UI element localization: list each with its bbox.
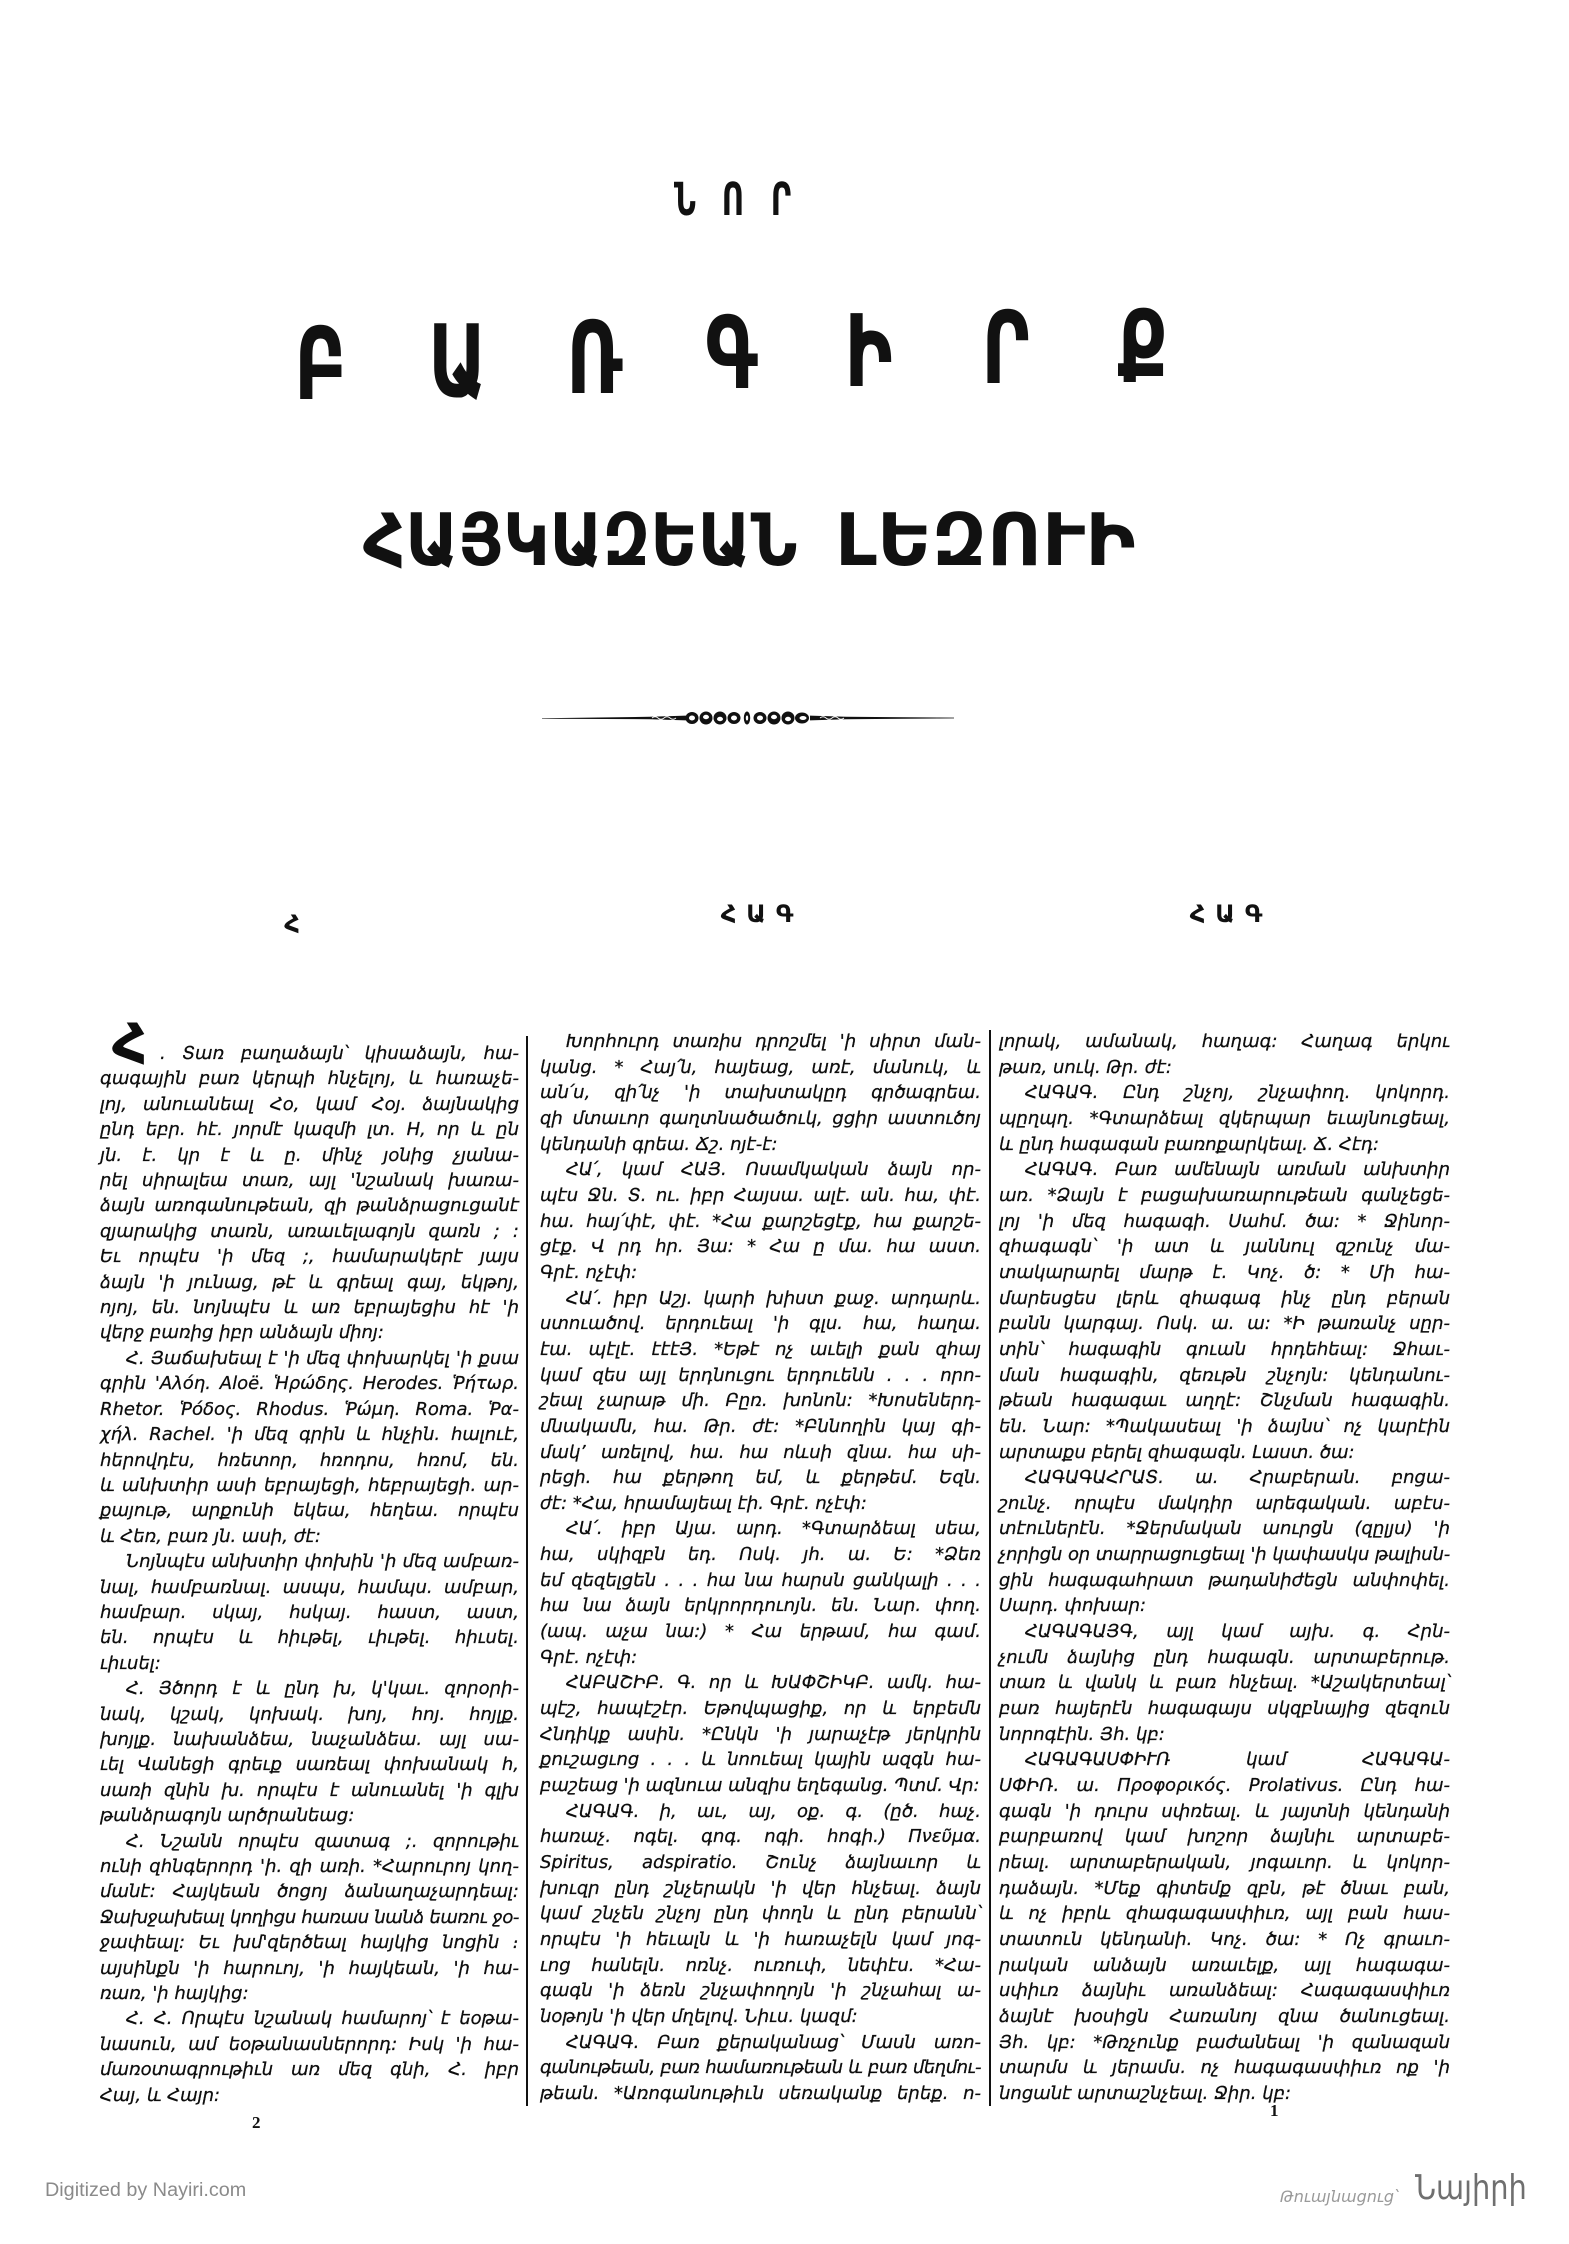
text-line: գագն 'ի դուրս սփռեալ. և յայտնի կենդանի [999,1799,1450,1825]
text-line: սառի զնին խ. որպէս է անուանել 'ի գլխ [100,1778,519,1803]
text-line: բաշեաց 'ի ազնուա անզիս եղեգանց. Պտմ. Վր: [540,1773,981,1799]
dictionary-column-middle: Խորհուրդ տառիս դրոշմել 'ի սիրտ ման- կանց… [540,1029,981,2107]
text-line: քայութ, արքունի եկեա, հեղեա. որպէս [100,1498,519,1523]
title-letter: Գ [682,304,781,404]
text-line: ՀԱ՛, կամ ՀԱՅ. Ոսամկական ձայն որ- [540,1157,981,1183]
dictionary-entry: ՀԱԳԱԳ. Ընդ շնչոյ, շնչափող. կոկորդ. պըղպղ… [999,1080,1450,1157]
text-line: Հ. Հ. Որպէս նշանակ համարոյ՝ է եօթա- [100,2006,519,2031]
text-line: ւոց հանելն. ոռնչ. ուռուփ, նեփէս. *Հա- [540,1953,981,1979]
text-line: մանէ: Հայկեան ծոցոյ ձանաղաչարդեալ: [100,1879,519,1904]
text-line: Հ. Յծորդ է և ընդ խ, կ'կաւ. զորօրի- [100,1676,519,1701]
text-line: չորիցն օր տարրացուցեալ 'ի կափասկս թալիսն… [999,1542,1450,1568]
dictionary-entry: ՀԱ՛. իբր Այա. արդ. *Գտարձեալ սեա, հա, սկ… [540,1516,981,1670]
text-line: ՀԱԳԱԳ. Ընդ շնչոյ, շնչափող. կոկորդ. [999,1080,1450,1106]
text-line: յն. է. կր է և ը. մինչ յօնից չյանա- [100,1143,519,1168]
title-letter: Ի [819,302,918,402]
dictionary-entry: Հ. Հ. Որպէս նշանակ համարոյ՝ է եօթա- նասո… [100,2006,519,2108]
footer-nayiri-logo: Նայիրի [1415,2171,1527,2205]
text-line: հա նա ձայն երկրորդուոյն. են. Նար. փող. [540,1593,981,1619]
text-line: նալ, համբառնալ. ասպս, համպս. ամբար, [100,1575,519,1600]
text-line: րեցի. հա քերթող եմ, և քերթեմ. Եզն. [540,1465,981,1491]
text-line: քուշացւոց . . . և նոուեալ կային ազգն հա- [540,1747,981,1773]
dictionary-entry: ՀԱ՛, կամ ՀԱՅ. Ոսամկական ձայն որ- պէս Ջն.… [540,1157,981,1285]
text-line: մակ՚ առելով, հա. հա ոևսի զնա. հա սի- [540,1440,981,1466]
text-line: մառօտագրութիւն առ մեզ գնի, Հ. իբր [100,2057,519,2082]
text-line: են. Նար: *Պակասեալ 'ի ձայնս՝ ոչ կարէին [999,1414,1450,1440]
subtitle-word-haykazean: ՀԱՅԿԱԶԵԱՆ [363,504,797,576]
dictionary-entry: ՀԱԳԱԳԱՀՐԱՏ. ա. Հրաբերան. բոցա- շունչ. որ… [999,1465,1450,1619]
title-nor: Ն Ո Ր [661,177,805,222]
text-line: րեալ. արտաբերական, յոգաւոր. և կոկոր- [999,1850,1450,1876]
text-line: և Հեռ, բառ յն. ասի, ժէ: [100,1524,519,1549]
title-letter: Բ [271,315,370,415]
text-line: բարբառով կամ խոշոր ձայնիւ արտաբե- [999,1824,1450,1850]
text-line: ձայն 'ի յունաց, թէ և գրեալ գայ, եկթոյ, [100,1270,519,1295]
dictionary-entry: ՀԱԳԱԳԱՅԳ, այլ կամ այխ. գ. Հրն- չումն ձայ… [999,1619,1450,1747]
text-line: գագն 'ի ձեռն շնչափողոյն 'ի շնչահալ ա- [540,1978,981,2004]
text-line: թեան. *Առոգանութիւն սեռականք երեք. ո- [540,2081,981,2107]
text-line: շունչ. որպէս մակդիր արեգական. աբէս- [999,1491,1450,1517]
text-line: Rhetor. Ῥόδος. Rhodus. Ῥώμη. Roma. Ῥα- [100,1397,519,1422]
dictionary-column-right: լորակ, ամանակ, հաղագ: Հաղագ երկու թառ, ս… [999,1029,1450,2107]
text-line: կանց. * Հայ՛ն, հայեաց, առէ, մանուկ, և [540,1055,981,1081]
text-line: ՀԱԳԱԳԱՅԳ, այլ կամ այխ. գ. Հրն- [999,1619,1450,1645]
column-rule-left [526,1036,528,2106]
subtitle-text: ՀԱՅԿԱԶԵԱՆ [363,504,797,576]
text-line: ցէք. Վ րդ հր. Յա: * Հա ը մա. հա աստ. [540,1234,981,1260]
text-line: ՀԱԳԱԳ. Բառ քերականաց՝ Մասն առո- [540,2030,981,2056]
text-line: նոցանէ արտաշնչեալ. Ջիր. կբ: [999,2081,1450,2107]
text-line: Խորհուրդ տառիս դրոշմել 'ի սիրտ ման- [540,1029,981,1055]
text-line: ընդ եբր. հէ. յորմէ կազմի լտ. H, որ և ըն [100,1117,519,1142]
dictionary-entry: ՀԱԲԱՇԻԲ. Գ. որ և ԽԱՓՇԻԿԲ. ամկ. հա- պէշ, … [540,1670,981,1798]
text-line: Սարդ. փոխար: [999,1593,1450,1619]
text-line: ՀԱ՛. իբր Այա. արդ. *Գտարձեալ սեա, [540,1516,981,1542]
text-line: տառ և վանկ և բառ հնչեալ. *Աշակերտեալ՝ [999,1670,1450,1696]
footer-digitized-by: Digitized by Nayiri.com [45,2181,246,2200]
text-line: հա. հայ՛փէ, փէ. *Հա քարշեցէք, հա քարշե- [540,1209,981,1235]
text-line: համբար. սկայ, հսկայ. հաստ, աստ, [100,1600,519,1625]
text-line: ՀԱԳԱԳԱՍՓԻՒՌ կամ ՀԱԳԱԳԱ- [999,1747,1450,1773]
text-line: նօթոյն 'ի վեր մղելով. Նիւս. կազմ: [540,2004,981,2030]
title-letter: Ն [669,177,702,222]
text-line: նորոգէին. Յհ. կբ: [999,1722,1450,1748]
text-line: դաձայն. *Մեք գիտեմք զբն, թէ ծնաւ բան, [999,1876,1450,1902]
text-line: պէս Ջն. Տ. ու. իբր Հայսա. ալէ. ան. հա, փ… [540,1183,981,1209]
text-line: առ. *Ձայն է բացախառարութեան գանչեցե- [999,1183,1450,1209]
text-line: ջափեալ: Եւ խմ'զերծեալ հայկից նոցին ։ [100,1930,519,1955]
text-line: մարեսցես լերև զհագագ ինչ ընդ բերան [999,1286,1450,1312]
text-line: ան՛ս, զի՛նչ 'ի տախտակըդ գրծագրեա. [540,1080,981,1106]
text-line: Հնդիկք ասին. *Ընկն 'ի յարաչէթ յերկրին [540,1722,981,1748]
text-line: չումն ձայնից ընդ հագագն. արտաբերութ. [999,1645,1450,1671]
text-line: տէուներէն. *Ջերմական աուրցն (զըլյս) 'ի [999,1516,1450,1542]
text-line: և անխտիր ասի եբրայեցի, հեբրայեցի. ար- [100,1473,519,1498]
footer-nayiri-logo-text: Նայիրի [1415,2171,1527,2205]
text-line: այսինքն 'ի հարուոյ, 'ի հայկեան, 'ի հա- [100,1956,519,1981]
dictionary-entry: . Տառ բաղաձայն՝ կիսաձայն, հա- գագային բա… [100,1041,519,1346]
dictionary-entry: Հ. Նշանն որպէս զատագ ;. զորութիւ ունի զհ… [100,1829,519,2007]
text-line: χήλ. Rachel. 'ի մեզ գրին և հնչին. հալուէ… [100,1422,519,1447]
text-line: գրին 'Αλόη. Aloë. Ἡρώδης. Herodes. Ῥήτωρ… [100,1371,519,1396]
text-line: խուզր ընդ շնչերակն 'ի վեր հնչեալ. ձայն [540,1876,981,1902]
text-line: ոյոյ, են. նոյնպէս և առ եբրայեցիս հէ 'ի [100,1295,519,1320]
dictionary-entry: Խորհուրդ տառիս դրոշմել 'ի սիրտ ման- կանց… [540,1029,981,1157]
text-line: վերջ բառից իբր անձայն միոյ: [100,1320,519,1345]
text-line: տին՝ հագագին գուան հրդեհեալ: Ջհաւ- [999,1337,1450,1363]
text-line: րական անձայն առաւելք, այլ հագագա- [999,1953,1450,1979]
dictionary-entry: ՀԱԳԱԳ. ի, աւ, այ, օք. գ. (ըծ. հաչ. հառաչ… [540,1799,981,2030]
text-line: են. որպէս և հիւթել, ւիւթել. հիւսել. [100,1625,519,1650]
text-line: գանութեան, բառ համառութեան և բառ մեղմու- [540,2055,981,2081]
text-line: ձայն առոգանութեան, զի թանձրացուցանէ [100,1193,519,1218]
text-line: ման հագագին, զեռւթն շնչոյն: կենդանու- [999,1363,1450,1389]
dictionary-entry: Հ. Յաճախեալ է 'ի մեզ փոխարկել 'ի քսա գրի… [100,1346,519,1549]
text-line: ւիւսել: [100,1651,519,1676]
text-line: լորակ, ամանակ, հաղագ: Հաղագ երկու [999,1029,1450,1055]
text-line: լոյ 'ի մեզ հագագի. Սահմ. ծա: * Ջինոր- [999,1209,1450,1235]
text-line: Հ. Յաճախեալ է 'ի մեզ փոխարկել 'ի քսա [100,1346,519,1371]
subtitle-text: ԼԵԶՈՒԻ [835,504,1136,576]
text-line: նակ, կշակ, կոխակ. խոյ, հոյ. հոյլք. [100,1702,519,1727]
title-letter: Ռ [545,309,644,409]
text-line: և ընդ հագագան բառոքարկեալ. Ճ. Հէդ: [999,1132,1450,1158]
text-line: ՍՓԻՌ. ա. Προφορικός. Prolativus. Ընդ հա- [999,1773,1450,1799]
text-line: պըղպղ. *Գտարձեալ զկերպար եւայնուցեալ, [999,1106,1450,1132]
subtitle-word-lezui: ԼԵԶՈՒԻ [835,504,1135,576]
text-line: ւել Վանեցի գրեւք սառեալ փոխանակ հ, [100,1752,519,1777]
text-line: կամ զես այլ երդնուցու երդուենն . . . որո… [540,1363,981,1389]
text-line: Spiritus, adspiratio. Շունչ ձայնաւոր և [540,1850,981,1876]
text-line: շեալ չարաթ մի. Բըռ. խոնոն: *Խոսեներդ- [540,1388,981,1414]
text-line: ՀԱԳԱԳԱՀՐԱՏ. ա. Հրաբերան. բոցա- [999,1465,1450,1491]
text-line: ցին հագագահրատ թադանիժեցն անփոփել. [999,1568,1450,1594]
ornament-divider-icon [540,706,956,730]
text-line: խոյլք. նախանձեա, նաչանձեա. այլ սա- [100,1727,519,1752]
text-line: հերովդէս, հռետոր, հռոդոս, հռոմ, են. [100,1448,519,1473]
text-line: կամ շնչեն շնչոյ ընդ փողն և ընդ բերանն՝ [540,1901,981,1927]
text-line: Եւ որպէս 'ի մեզ ;, համարակերէ յայս [100,1244,519,1269]
dictionary-entry: Նոյնպէս անխտիր փոխին 'ի մեզ ամբառ- նալ, … [100,1549,519,1676]
text-line: էա. պէլէ. էէէՅ. *Եթէ ոչ աւելի քան զհայ [540,1337,981,1363]
text-line: կենդանի գրեա. Ճշ. ոյէ-է: [540,1132,981,1158]
dictionary-entry: ՀԱԳԱԳԱՍՓԻՒՌ կամ ՀԱԳԱԳԱ- ՍՓԻՌ. ա. Προφορι… [999,1747,1450,2106]
text-line: Յհ. կբ: *Թռչունք բաժանեալ 'ի զանազան [999,2030,1450,2056]
text-line: թանձրագոյն արծրանեաց: [100,1803,519,1828]
column-header-right: ՀԱԳ [1176,902,1276,926]
text-line: տարմս և յերամս. ոչ հագագասփիւռ ոք 'ի [999,2055,1450,2081]
title-bargirk: Բ Ա Ռ Գ Ի Ր Ք [252,306,1211,406]
text-line: հա, սկիզբն եդ. Ոսկ. յհ. ա. Ե: *Ձեռ [540,1542,981,1568]
text-line: . Տառ բաղաձայն՝ կիսաձայն, հա- [100,1041,519,1066]
text-line: մնակամն, հա. Թր. ժէ: *Բննողին կայ գի- [540,1414,981,1440]
text-line: Ջախջախեալ կողիցս հառաս նանձ եառու ջօ- [100,1905,519,1930]
title-letter: Ր [765,177,798,222]
dictionary-entry: ՀԱԳԱԳ. Բառ քերականաց՝ Մասն առո- գանութեա… [540,2030,981,2107]
column-header-middle: ՀԱԳ [707,902,807,926]
title-letter: Ր [956,299,1055,399]
text-line: ունի զհնգերորդ 'ի. զի առի. *Հարուրոյ կող… [100,1854,519,1879]
footer-armenian-label-text: Թուայնացուց՝ [1280,2189,1398,2205]
text-line: ստուածով. երդուեալ 'ի գլս. հա, հաղա. [540,1311,981,1337]
title-letter: Ո [717,177,750,222]
footer-digitized-by-text: Digitized by Nayiri.com [45,2181,246,2200]
text-line: րել սիրալեա տառ, այլ 'նշանակ խառա- [100,1168,519,1193]
column-rule-right [989,1030,991,2106]
column-header-left: Հ [262,912,322,936]
text-line: թառ, սուկ. Թր. ժէ: [999,1055,1450,1081]
text-line: զյարակից տառն, առաւելագոյն զառն ; : [100,1219,519,1244]
text-line: բառ հայերէն հագագայս սկզբնայից զեզուն [999,1696,1450,1722]
dictionary-column-left: . Տառ բաղաձայն՝ կիսաձայն, հա- գագային բա… [100,1041,519,2108]
text-line: ձայնէ խօսիցն Հառանոյ զնա ծանուցեալ. [999,2004,1450,2030]
text-line: արտաքս բերել զհագագն. Լաստ. ծա: [999,1440,1450,1466]
text-line: Գրէ. ոչէփ: [540,1260,981,1286]
text-line: և ոչ իբրև զհագագասփիւռ, այլ բան հաս- [999,1901,1450,1927]
text-line: զհագագն՝ 'ի ատ և յաննուլ զշունչ մա- [999,1234,1450,1260]
text-line: (ապ. աչա նա:) * Հա երթամ, հա գամ. [540,1619,981,1645]
dictionary-entry: ՀԱ՛. իբր Աշյ. կարի խիստ քաջ. արդարև. ստո… [540,1286,981,1517]
text-line: Հ. Նշանն որպէս զատագ ;. զորութիւ [100,1829,519,1854]
text-line: բանն կարգայ. Ոսկ. ա. ա: *Ի թառանչ սըր- [999,1311,1450,1337]
text-line: Նոյնպէս անխտիր փոխին 'ի մեզ ամբառ- [100,1549,519,1574]
text-line: զի մտաւոր գաղտնածածուկ, ցցիր աստուծոյ [540,1106,981,1132]
text-line: ՀԱ՛. իբր Աշյ. կարի խիստ քաջ. արդարև. [540,1286,981,1312]
text-line: ժէ: *Հա, հրամայեալ էի. Գրէ. ոչէփ: [540,1491,981,1517]
text-line: պէշ, հապէշէր. Եթովպացիք, որ և երբեմն [540,1696,981,1722]
text-line: ՀԱԲԱՇԻԲ. Գ. որ և ԽԱՓՇԻԿԲ. ամկ. հա- [540,1670,981,1696]
text-line: սփիւռ ձայնիւ առանձեալ: Հագագասփիւռ [999,1978,1450,2004]
dictionary-entry: լորակ, ամանակ, հաղագ: Հաղագ երկու թառ, ս… [999,1029,1450,1080]
text-line: որպէս 'ի հեւալն և 'ի հառաչելն կամ յոգ- [540,1927,981,1953]
text-line: լոյ, անուանեալ Հօ, կամ Հօյ. ձայնակից [100,1092,519,1117]
footer-armenian-label: Թուայնացուց՝ [1280,2189,1398,2205]
text-line: գագային բառ կերպի հնչելոյ, և հառաչե- [100,1066,519,1091]
page-number-left: 2 [252,2114,261,2131]
title-letter: Ա [408,312,507,412]
text-line: թեան հագագաւ աղղէ: Շնչման հագագին. [999,1388,1450,1414]
text-line: ՀԱԳԱԳ. ի, աւ, այ, օք. գ. (ըծ. հաչ. [540,1799,981,1825]
text-line: եմ զեզելցեն . . . հա նա հարսն ցանկալի . … [540,1568,981,1594]
page-number-right: 1 [1270,2102,1279,2119]
text-line: տակարարել մարթ է. Կոչ. ծ: * Մի հա- [999,1260,1450,1286]
text-line: տատուն կենդանի. Կոչ. ծա: * Ոչ գրաւո- [999,1927,1450,1953]
text-line: նասուն, ամ եօթանասներորդ: Իսկ 'ի հա- [100,2032,519,2057]
text-line: Հայ, և Հայր: [100,2083,519,2108]
text-line: Գրէ. ոչէփ: [540,1645,981,1671]
text-line: հառաչ. ոգել. գոգ. ոգի. հոգի.) Πνεῦμα. [540,1824,981,1850]
text-line: ռառ, 'ի հայկից: [100,1981,519,2006]
dictionary-entry: ՀԱԳԱԳ. Բառ ամենայն առման անխտիր առ. *Ձայ… [999,1157,1450,1465]
text-line: ՀԱԳԱԳ. Բառ ամենայն առման անխտիր [999,1157,1450,1183]
dictionary-entry: Հ. Յծորդ է և ընդ խ, կ'կաւ. զորօրի- նակ, … [100,1676,519,1828]
title-letter: Ք [1093,298,1192,398]
